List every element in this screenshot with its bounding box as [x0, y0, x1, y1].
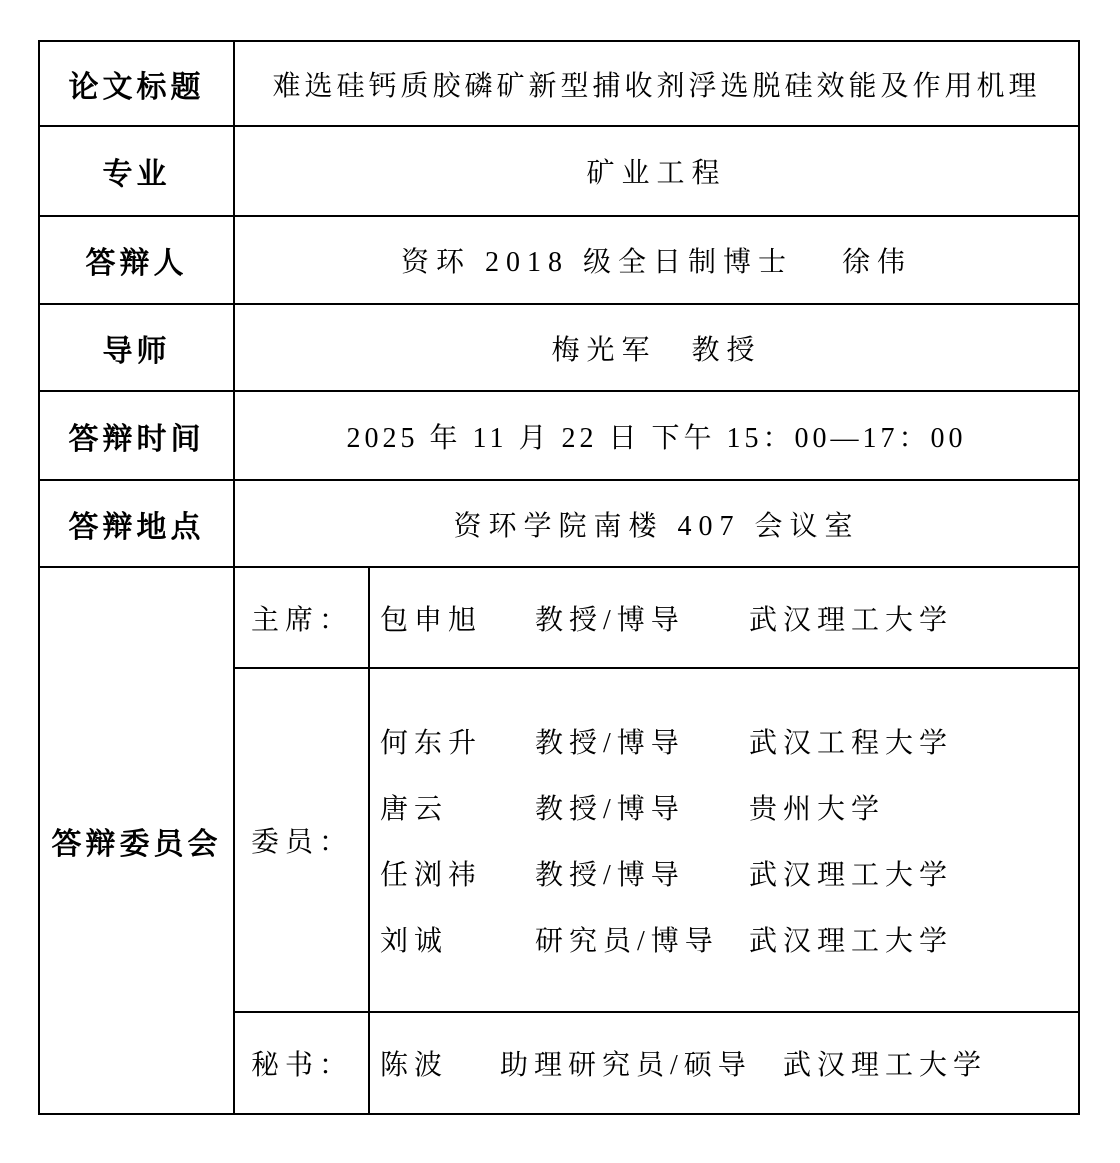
- committee-member-entry: 刘诚 研究员/博导 武汉理工大学: [370, 906, 1078, 972]
- thesis-title-value: 难选硅钙质胶磷矿新型捕收剂浮选脱硅效能及作用机理: [235, 42, 1078, 127]
- row-label-thesis-title: 论文标题: [40, 42, 235, 127]
- committee-member-entry: 任浏祎 教授/博导 武汉理工大学: [370, 840, 1078, 906]
- chair-name: 包申旭: [380, 598, 535, 638]
- member-name: 刘诚: [380, 919, 535, 959]
- row-label-defender: 答辩人: [40, 217, 235, 305]
- committee-secretary-entry: 陈波 助理研究员/硕导 武汉理工大学: [370, 1043, 1078, 1083]
- member-title: 教授/博导: [535, 787, 749, 827]
- defense-location-value: 资环学院南楼 407 会议室: [235, 481, 1078, 568]
- committee-chair-role-label: 主席：: [235, 568, 370, 669]
- member-affiliation: 武汉理工大学: [749, 853, 953, 893]
- committee-member-entry: 何东升 教授/博导 武汉工程大学: [370, 708, 1078, 774]
- secretary-affiliation: 武汉理工大学: [783, 1043, 987, 1083]
- defender-value: 资环 2018 级全日制博士 徐伟: [235, 217, 1078, 305]
- secretary-name: 陈波: [380, 1043, 500, 1083]
- member-affiliation: 武汉理工大学: [749, 919, 953, 959]
- committee-secretary-role-label: 秘书：: [235, 1013, 370, 1113]
- member-name: 唐云: [380, 787, 535, 827]
- chair-title: 教授/博导: [535, 598, 749, 638]
- committee-member-entry: 唐云 教授/博导 贵州大学: [370, 774, 1078, 840]
- row-label-major: 专业: [40, 127, 235, 217]
- committee-members-cell: 何东升 教授/博导 武汉工程大学 唐云 教授/博导 贵州大学 任浏祎 教授/博导…: [370, 669, 1078, 1013]
- committee-chair-entry: 包申旭 教授/博导 武汉理工大学: [370, 598, 1078, 638]
- document-page: 论文标题 难选硅钙质胶磷矿新型捕收剂浮选脱硅效能及作用机理 专业 矿业工程 答辩…: [0, 0, 1120, 1163]
- defense-info-table: 论文标题 难选硅钙质胶磷矿新型捕收剂浮选脱硅效能及作用机理 专业 矿业工程 答辩…: [38, 40, 1080, 1115]
- member-affiliation: 贵州大学: [749, 787, 885, 827]
- row-label-advisor: 导师: [40, 305, 235, 392]
- row-label-defense-location: 答辩地点: [40, 481, 235, 568]
- committee-members-role-label: 委员：: [235, 669, 370, 1013]
- row-label-committee: 答辩委员会: [40, 568, 235, 1113]
- row-label-defense-time: 答辩时间: [40, 392, 235, 481]
- member-name: 何东升: [380, 721, 535, 761]
- member-affiliation: 武汉工程大学: [749, 721, 953, 761]
- secretary-title: 助理研究员/硕导: [500, 1043, 783, 1083]
- member-title: 教授/博导: [535, 721, 749, 761]
- member-name: 任浏祎: [380, 853, 535, 893]
- committee-secretary-cell: 陈波 助理研究员/硕导 武汉理工大学: [370, 1013, 1078, 1113]
- committee-chair-cell: 包申旭 教授/博导 武汉理工大学: [370, 568, 1078, 669]
- member-title: 教授/博导: [535, 853, 749, 893]
- defense-time-value: 2025 年 11 月 22 日 下午 15：00—17：00: [235, 392, 1078, 481]
- advisor-value: 梅光军 教授: [235, 305, 1078, 392]
- chair-affiliation: 武汉理工大学: [749, 598, 953, 638]
- major-value: 矿业工程: [235, 127, 1078, 217]
- member-title: 研究员/博导: [535, 919, 749, 959]
